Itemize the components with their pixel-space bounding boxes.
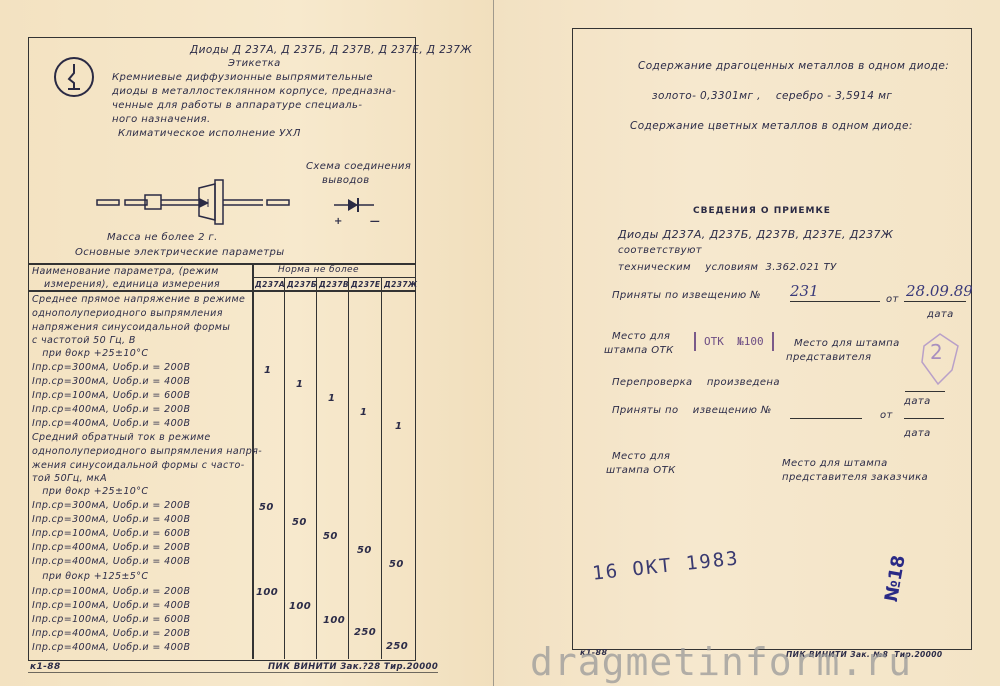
s3-value-d237zh: 250 <box>386 641 408 652</box>
notice-number-line <box>790 301 880 302</box>
s3-row-5: Iпр.ср=400мА, Uобр.и = 400В <box>32 642 190 653</box>
s2-row-4: Iпр.ср=400мА, Uобр.и = 200В <box>32 542 190 553</box>
diodes-title: Диоды Д 237А, Д 237Б, Д 237В, Д 237Е, Д … <box>190 44 472 56</box>
s3-line-1: при θокр +125±5°С <box>32 571 148 582</box>
representative-stamp-number: 2 <box>930 340 943 364</box>
pin-minus: — <box>370 216 380 227</box>
left-footer-code: к1-88 <box>30 662 61 672</box>
header-norm: Норма не более <box>278 265 359 275</box>
nonferrous-metals-title: Содержание цветных металлов в одном диод… <box>630 120 913 132</box>
accepted2-date-caption: дата <box>904 428 931 439</box>
otk-place2-2: штампа ОТК <box>606 465 676 476</box>
s3-value-d237e: 250 <box>354 627 376 638</box>
s2-row-1: Iпр.ср=300мА, Uобр.и = 200В <box>32 500 190 511</box>
mass: Масса не более 2 г. <box>107 232 218 243</box>
otk-place2-1: Место для <box>612 451 670 462</box>
s3-row-3: Iпр.ср=100мА, Uобр.и = 600В <box>32 614 190 625</box>
s1-value-d237b: 1 <box>296 379 303 390</box>
recheck-date-caption: дата <box>904 396 931 407</box>
accepted-notice-label: Приняты по извещению № <box>612 290 761 301</box>
rep-place-2: представителя <box>786 352 871 363</box>
s2-line-2: однополупериодного выпрямления напря- <box>32 446 262 457</box>
description-line-2: диоды в металлостеклянном корпусе, предн… <box>112 86 396 97</box>
acceptance-title: СВЕДЕНИЯ О ПРИЕМКЕ <box>693 206 831 216</box>
s1-row-5: Iпр.ср=400мА, Uобр.и = 400В <box>32 418 190 429</box>
s2-value-d237b: 50 <box>292 517 307 528</box>
s1-value-d237zh: 1 <box>395 421 402 432</box>
accepted-notice-number: 231 <box>790 282 819 300</box>
acceptance-conform: соответствуют <box>618 245 702 256</box>
table-col-divider-2 <box>316 277 317 659</box>
col-header-d237e: Д237Е <box>351 280 380 289</box>
pin-scheme-label-2: выводов <box>322 175 370 186</box>
s3-value-d237a: 100 <box>256 587 278 598</box>
accepted2-number-line <box>790 418 862 419</box>
s1-value-d237e: 1 <box>360 407 367 418</box>
accepted2-from-label: от <box>880 410 893 421</box>
pin-scheme-label-1: Схема соединения <box>306 161 411 172</box>
table-col-divider-4 <box>381 277 382 659</box>
s2-row-2: Iпр.ср=300мА, Uобр.и = 400В <box>32 514 190 525</box>
climate-version: Климатическое исполнение УХЛ <box>118 128 301 139</box>
s3-value-d237b: 100 <box>289 601 311 612</box>
accepted-from-label: от <box>886 294 899 305</box>
s3-row-2: Iпр.ср=100мА, Uобр.и = 400В <box>32 600 190 611</box>
s1-line-2: однополупериодного выпрямления <box>32 308 223 319</box>
header-param-2: измерения), единица измерения <box>44 279 220 290</box>
accepted2-label: Приняты по извещению № <box>612 405 772 416</box>
table-col-divider-1 <box>284 277 285 659</box>
col-header-d237a: Д237А <box>255 280 285 289</box>
s1-row-4: Iпр.ср=400мА, Uобр.и = 200В <box>32 404 190 415</box>
s2-line-1: Средний обратный ток в режиме <box>32 432 211 443</box>
description-line-1: Кремниевые диффузионные выпрямительные <box>112 72 373 83</box>
otk-place-2: штампа ОТК <box>604 345 674 356</box>
s1-line-5: при θокр +25±10°С <box>32 348 148 359</box>
s2-row-3: Iпр.ср=100мА, Uобр.и = 600В <box>32 528 190 539</box>
precious-metals-title: Содержание драгоценных металлов в одном … <box>638 60 949 72</box>
s2-line-4: той 50Гц, мкА <box>32 473 107 484</box>
diode-drawing <box>95 178 295 232</box>
s1-row-1: Iпр.ср=300мА, Uобр.и = 200В <box>32 362 190 373</box>
s2-line-3: жения синусоидальной формы с часто- <box>32 460 245 471</box>
acceptance-spec: техническим условиям 3.362.021 ТУ <box>618 262 837 273</box>
recheck-line <box>905 391 945 392</box>
accepted-date: 28.09.89 <box>906 282 973 300</box>
s1-row-2: Iпр.ср=300мА, Uобр.и = 400В <box>32 376 190 387</box>
s2-value-d237zh: 50 <box>389 559 404 570</box>
accepted-date-line <box>904 301 966 302</box>
left-footer-printer: ПИК ВИНИТИ Зак.?28 Тир.20000 <box>268 662 438 672</box>
customer-place-1: Место для штампа <box>782 458 888 469</box>
s3-value-d237v: 100 <box>323 615 345 626</box>
s3-row-4: Iпр.ср=400мА, Uобр.и = 200В <box>32 628 190 639</box>
table-col-divider-0 <box>252 263 254 659</box>
s2-value-d237a: 50 <box>259 502 274 513</box>
s3-row-1: Iпр.ср=100мА, Uобр.и = 200В <box>32 586 190 597</box>
page-fold <box>493 0 494 686</box>
s2-row-5: Iпр.ср=400мА, Uобр.и = 400В <box>32 556 190 567</box>
acceptance-diodes: Диоды Д237А, Д237Б, Д237В, Д237Е, Д237Ж <box>618 228 893 241</box>
s1-line-3: напряжения синусоидальной формы <box>32 322 230 333</box>
table-header-rule <box>28 290 416 292</box>
s2-value-d237v: 50 <box>323 531 338 542</box>
table-col-divider-3 <box>348 277 349 659</box>
pin-plus: + <box>334 216 343 227</box>
s1-value-d237a: 1 <box>264 365 271 376</box>
rep-place-1: Место для штампа <box>794 338 900 349</box>
s1-row-3: Iпр.ср=100мА, Uобр.и = 600В <box>32 390 190 401</box>
col-header-d237v: Д237В <box>319 280 349 289</box>
otk-place-1: Место для <box>612 331 670 342</box>
params-title: Основные электрические параметры <box>75 247 285 258</box>
recheck-label: Перепроверка произведена <box>612 377 780 388</box>
label-subtitle: Этикетка <box>228 58 281 69</box>
col-header-d237zh: Д237Ж <box>384 280 418 289</box>
s2-value-d237e: 50 <box>357 545 372 556</box>
watermark: dragmetinform.ru <box>530 640 912 684</box>
accepted-date-caption: дата <box>927 309 954 320</box>
customer-place-2: представителя заказчика <box>782 472 928 483</box>
description-line-4: ного назначения. <box>112 114 211 125</box>
table-norm-rule <box>253 277 416 278</box>
left-footer-rule <box>28 672 438 673</box>
precious-metals-values: золото- 0,3301мг , серебро - 3,5914 мг <box>652 90 892 102</box>
header-param-1: Наименование параметра, (режим <box>32 266 219 277</box>
col-header-d237b: Д237Б <box>287 280 317 289</box>
quality-mark-icon <box>52 55 96 103</box>
description-line-3: ченные для работы в аппаратуре специаль- <box>112 100 362 111</box>
accepted2-date-line <box>904 418 944 419</box>
s1-value-d237v: 1 <box>328 393 335 404</box>
otk-stamp: ОТК №100 <box>694 332 774 351</box>
s1-line-1: Среднее прямое напряжение в режиме <box>32 294 245 305</box>
s2-line-5: при θокр +25±10°С <box>32 486 148 497</box>
s1-line-4: с частотой 50 Гц, В <box>32 335 136 346</box>
